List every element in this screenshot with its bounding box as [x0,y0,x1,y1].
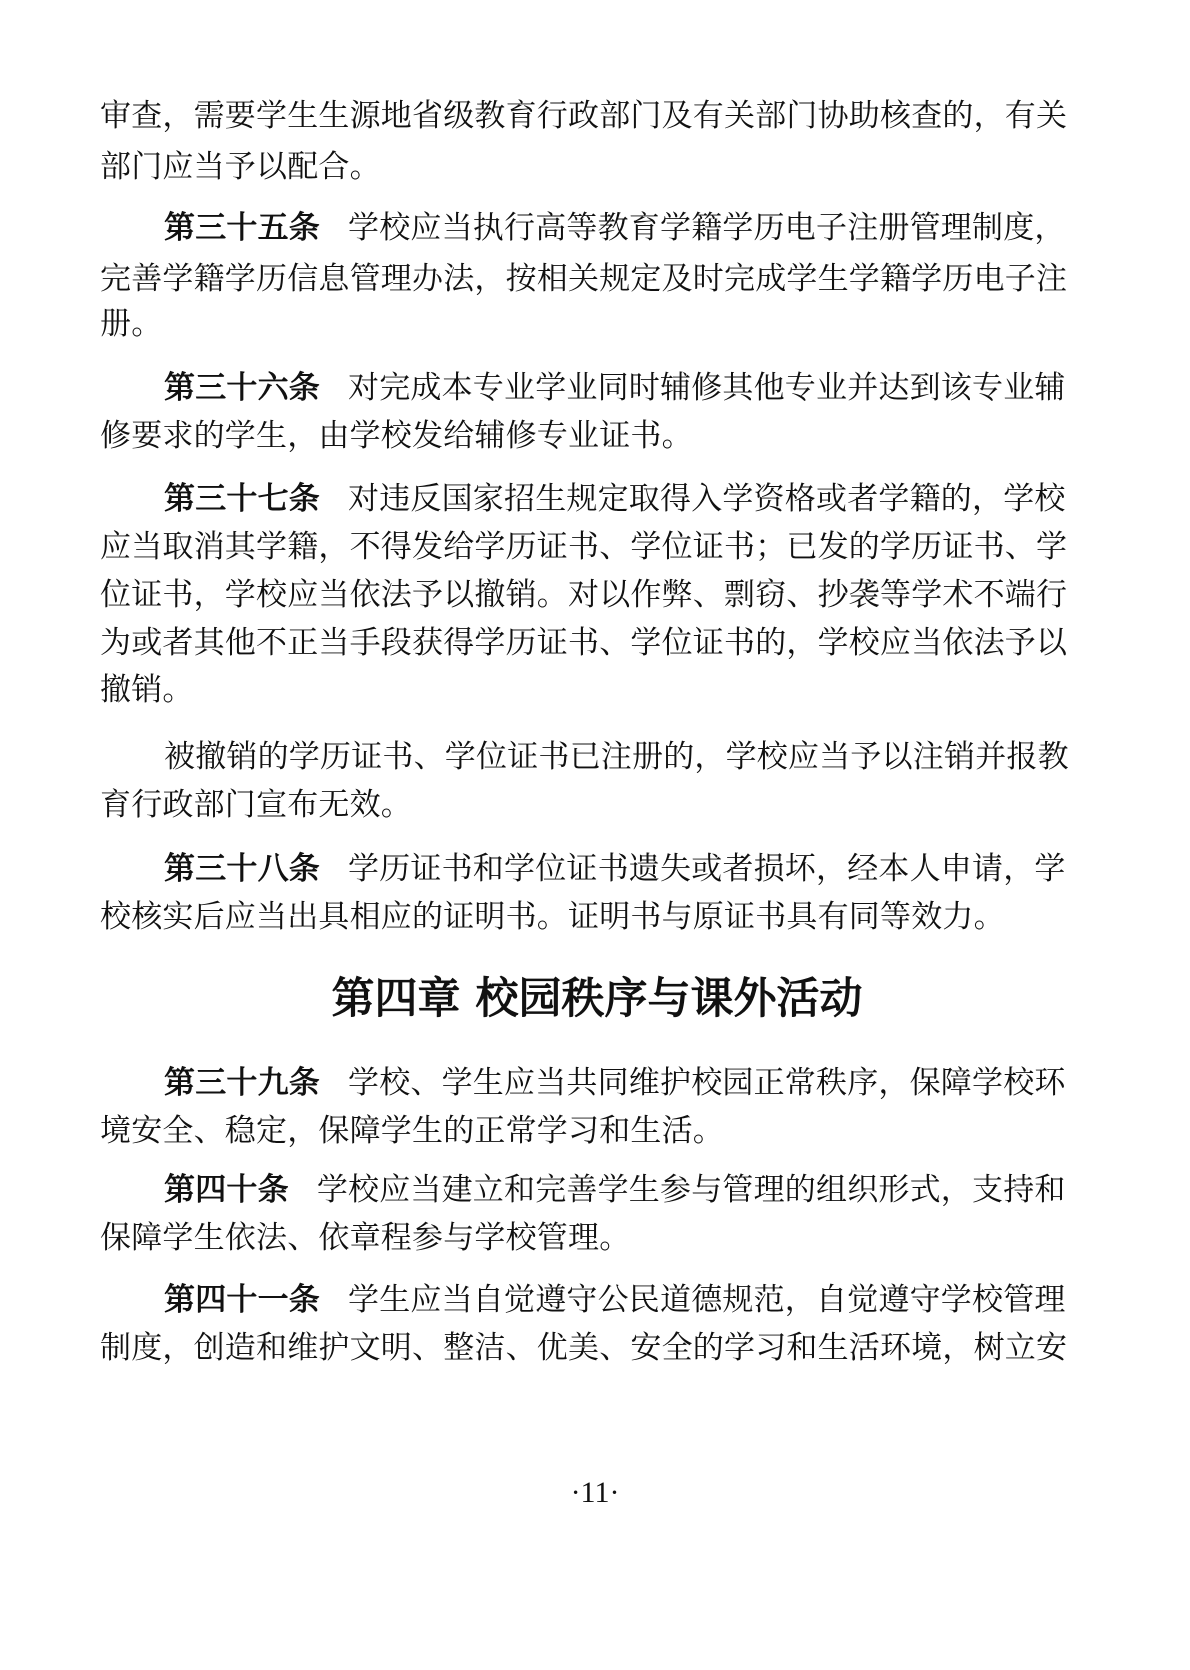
article-label: 第三十五条 [164,210,320,246]
line-text: 校核实后应当出具相应的证明书。证明书与原证书具有同等效力。 [100,899,1005,935]
article-41: 第四十一条学生应当自觉遵守公民道德规范，自觉遵守学校管理 [164,1280,1066,1320]
article-label: 第四十条 [164,1172,289,1208]
article-36: 第三十六条对完成本专业学业同时辅修其他专业并达到该专业辅 [164,368,1066,408]
line-text: 应当取消其学籍，不得发给学历证书、学位证书；已发的学历证书、学 [100,529,1067,565]
line-text: 撤销。 [100,672,194,708]
line-text: 审查，需要学生生源地省级教育行政部门及有关部门协助核查的，有关 [100,98,1067,134]
article-39: 第三十九条学校、学生应当共同维护校园正常秩序，保障学校环 [164,1063,1066,1103]
line-text: 学生应当自觉遵守公民道德规范，自觉遵守学校管理 [348,1282,1066,1318]
article-40: 第四十条学校应当建立和完善学生参与管理的组织形式，支持和 [164,1170,1066,1210]
line-text: 学历证书和学位证书遗失或者损坏，经本人申请，学 [348,851,1066,887]
line-text: 部门应当予以配合。 [100,149,381,185]
text-line: 应当取消其学籍，不得发给学历证书、学位证书；已发的学历证书、学 [100,527,1067,567]
article-35: 第三十五条学校应当执行高等教育学籍学历电子注册管理制度， [164,208,1066,248]
article-label: 第三十六条 [164,370,320,406]
article-label: 第三十九条 [164,1065,320,1101]
text-line: 校核实后应当出具相应的证明书。证明书与原证书具有同等效力。 [100,897,1005,937]
line-text: 修要求的学生，由学校发给辅修专业证书。 [100,418,693,454]
line-text: 学校应当执行高等教育学籍学历电子注册管理制度， [348,210,1066,246]
line-text: 完善学籍学历信息管理办法，按相关规定及时完成学生学籍学历电子注 [100,261,1067,297]
text-line: 审查，需要学生生源地省级教育行政部门及有关部门协助核查的，有关 [100,96,1067,136]
line-text: 册。 [100,306,162,342]
line-text: 位证书，学校应当依法予以撤销。对以作弊、剽窃、抄袭等学术不端行 [100,577,1067,613]
article-37: 第三十七条对违反国家招生规定取得入学资格或者学籍的，学校 [164,479,1066,519]
line-text: 育行政部门宣布无效。 [100,787,412,823]
line-text: 学校应当建立和完善学生参与管理的组织形式，支持和 [317,1172,1066,1208]
text-line: 位证书，学校应当依法予以撤销。对以作弊、剽窃、抄袭等学术不端行 [100,575,1067,615]
line-text: 对违反国家招生规定取得入学资格或者学籍的，学校 [348,481,1066,517]
paragraph: 被撤销的学历证书、学位证书已注册的，学校应当予以注销并报教 [164,737,1069,777]
text-line: 保障学生依法、依章程参与学校管理。 [100,1218,630,1258]
line-text: 境安全、稳定，保障学生的正常学习和生活。 [100,1113,724,1149]
article-label: 第三十七条 [164,481,320,517]
line-text: 学校、学生应当共同维护校园正常秩序，保障学校环 [348,1065,1066,1101]
chapter-heading: 第四章 校园秩序与课外活动 [100,975,1094,1023]
article-label: 第三十八条 [164,851,320,887]
text-line: 部门应当予以配合。 [100,147,381,187]
line-text: 为或者其他不正当手段获得学历证书、学位证书的，学校应当依法予以 [100,625,1067,661]
text-line: 撤销。 [100,670,194,710]
text-line: 育行政部门宣布无效。 [100,785,412,825]
text-line: 为或者其他不正当手段获得学历证书、学位证书的，学校应当依法予以 [100,623,1067,663]
text-line: 制度，创造和维护文明、整洁、优美、安全的学习和生活环境，树立安 [100,1328,1067,1368]
line-text: 对完成本专业学业同时辅修其他专业并达到该专业辅 [348,370,1066,406]
text-line: 境安全、稳定，保障学生的正常学习和生活。 [100,1111,724,1151]
text-line: 修要求的学生，由学校发给辅修专业证书。 [100,416,693,456]
line-text: 保障学生依法、依章程参与学校管理。 [100,1220,630,1256]
text-line: 完善学籍学历信息管理办法，按相关规定及时完成学生学籍学历电子注 [100,259,1067,299]
page-number: ·11· [0,1476,1190,1510]
article-label: 第四十一条 [164,1282,320,1318]
line-text: 制度，创造和维护文明、整洁、优美、安全的学习和生活环境，树立安 [100,1330,1067,1366]
text-line: 册。 [100,304,162,344]
article-38: 第三十八条学历证书和学位证书遗失或者损坏，经本人申请，学 [164,849,1066,889]
line-text: 被撤销的学历证书、学位证书已注册的，学校应当予以注销并报教 [164,739,1069,775]
